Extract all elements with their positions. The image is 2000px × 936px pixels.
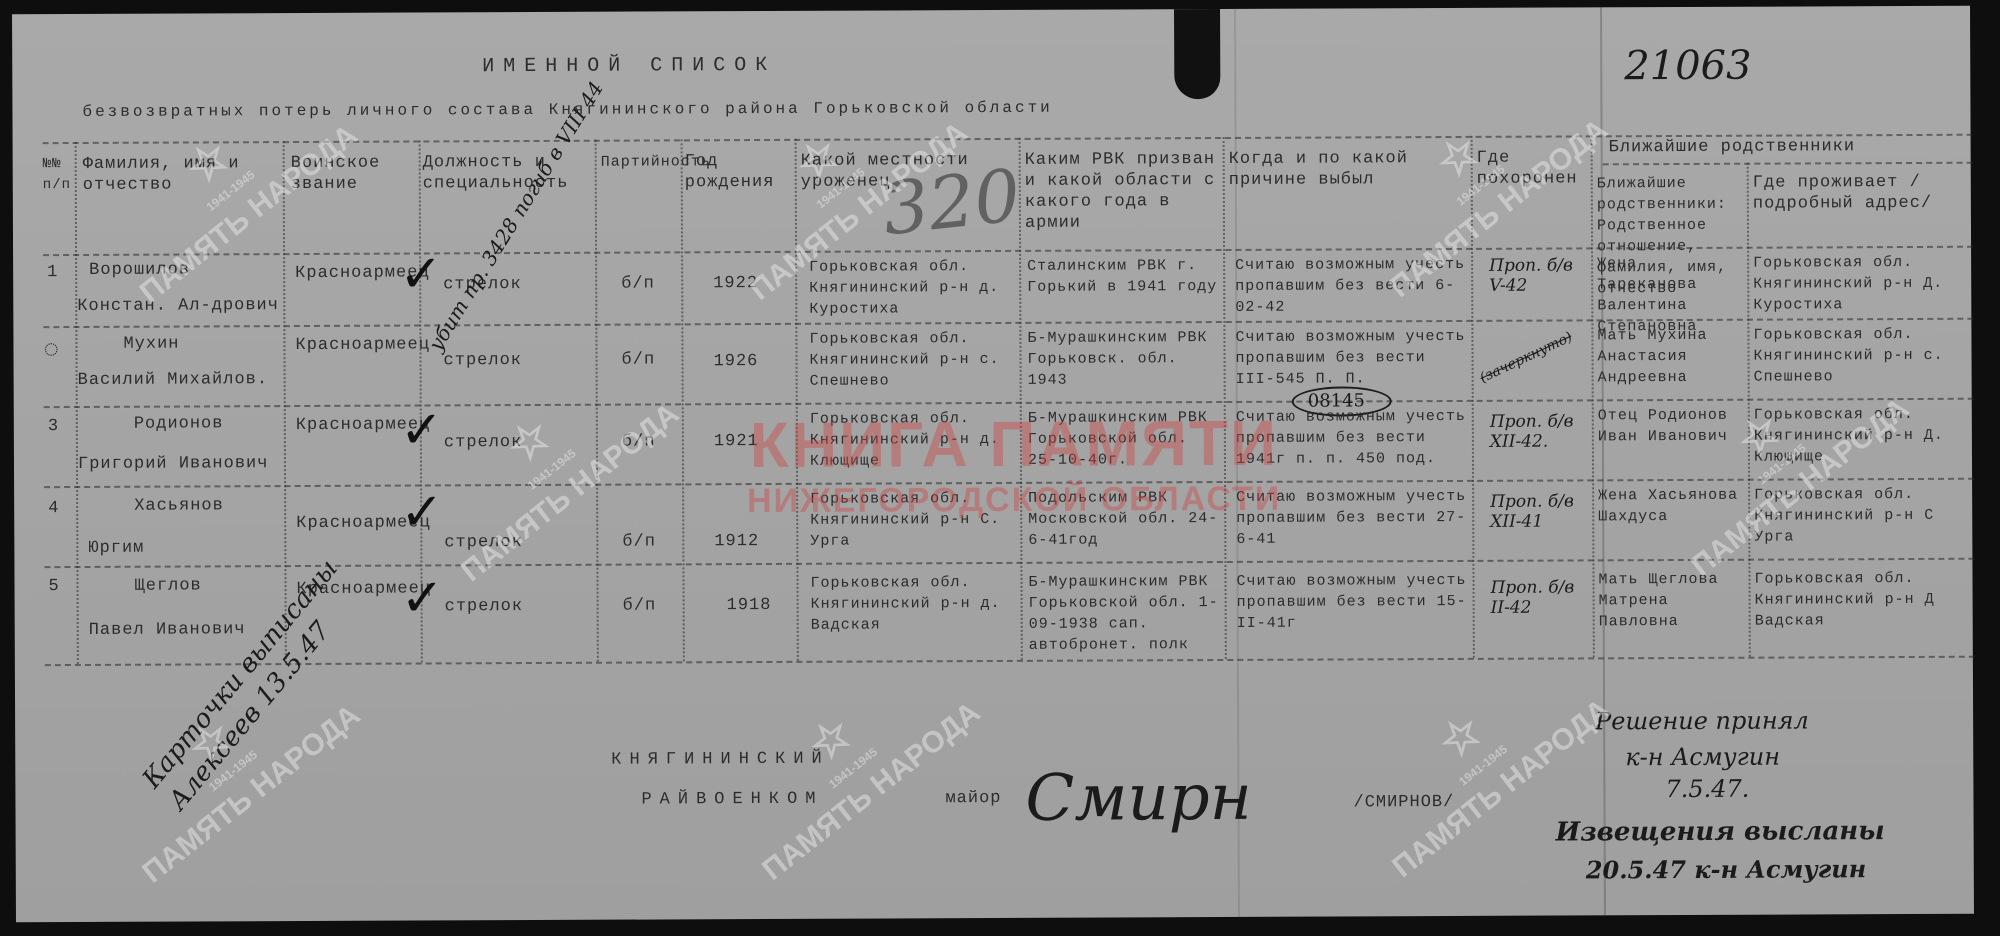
row-given-name: Павел Иванович [89, 619, 246, 641]
row-birthplace: Горьковская обл. Княгининский р-н с. Спе… [809, 328, 1017, 392]
row-num: 3 [48, 416, 59, 437]
row-buried-note: Проп. б/в XII-41 [1490, 491, 1580, 531]
row-rank: Красноармеец [296, 415, 416, 437]
row-buried-note: Проп. б/в XII-42. [1490, 411, 1580, 451]
circle-mark-icon: ◌ [43, 340, 60, 361]
row-surname: Мухин [123, 334, 179, 355]
row-surname: Хасьянов [134, 495, 224, 516]
torn-edge [1174, 9, 1220, 99]
row-party: б/п [621, 273, 655, 294]
watermark-nizhegorodskoy-oblasti: НИЖЕГОРОДСКОЙ ОБЛАСТИ [714, 479, 1314, 522]
row-given-name: Григорий Иванович [78, 453, 269, 475]
row-surname: Родионов [134, 413, 224, 434]
checkmark-icon: ✓ [400, 568, 444, 628]
resolution-date: 7.5.47. [1665, 775, 1749, 803]
row-buried-note: Проп. б/в V-42 [1489, 255, 1579, 295]
row-party: б/п [622, 531, 656, 552]
row-num: 4 [48, 498, 59, 519]
row-relative: Мать Щеглова Матрена Павловна [1598, 569, 1748, 633]
row-birth-year: 1912 [714, 531, 759, 552]
col-header-party: Партийность [601, 151, 679, 172]
row-position: стрелок [443, 350, 522, 371]
archive-number: 21063 [1624, 43, 1751, 90]
row-address: Горьковская обл. Княгининский р-н Д Вадс… [1754, 568, 1970, 632]
document-title: ИМЕННОЙ СПИСОК [482, 55, 776, 77]
row-birth-year: 1918 [727, 595, 772, 616]
commissar-signature: Смирн [1025, 761, 1252, 836]
row-birthplace: Горьковская обл. Княгининский р-н д. Кур… [809, 256, 1017, 320]
row-drafted: Б-Мурашкинским РВК Горьковской обл. 1-09… [1028, 571, 1222, 656]
watermark-kniga-pamyati: КНИГА ПАМЯТИ [714, 411, 1314, 478]
row-given-name: Констан. Ал-дрович [77, 295, 279, 317]
signatory-rank: майор [945, 788, 1001, 809]
row-given-name: Василий Михайлов. [78, 369, 269, 391]
row-rank: Красноармеец [295, 335, 415, 357]
row-given-name: Юргим [88, 538, 144, 559]
row-num: 5 [48, 576, 59, 597]
row-status: Считаю возможным учесть пропавшим без ве… [1235, 326, 1469, 390]
row-birth-year: 1926 [714, 351, 759, 372]
row-party: б/п [623, 595, 657, 616]
table-row: ◌ Мухин Василий Михайлов. Красноармеец с… [12, 6, 1970, 15]
document-sheet: 21063 ИМЕННОЙ СПИСОК безвозвратных потер… [12, 6, 1974, 923]
row-drafted: Сталинским РВК г. Горький в 1941 году [1027, 255, 1221, 298]
row-relative: Мать Мухина Анастасия Андреевна [1597, 325, 1747, 389]
col-header-position: Должность и специальность [423, 152, 593, 195]
table-row: 3 Родионов Григорий Иванович Красноармее… [12, 6, 1970, 15]
table-row: 1 Ворошилов Констан. Ал-дрович Красноарм… [12, 6, 1970, 15]
row-buried-note: Проп. б/в II-42 [1491, 577, 1581, 617]
table-row: 5 Щеглов Павел Иванович Красноармеец стр… [12, 6, 1970, 15]
row-address: Горьковская обл. Княгининский р-н Д. Кур… [1753, 252, 1969, 316]
notice-line-2: 20.5.47 к-н Асмугин [1586, 854, 1867, 884]
checkmark-icon: ✓ [399, 244, 443, 304]
row-rank: Красноармеец [295, 263, 415, 285]
checkmark-icon: ✓ [400, 400, 444, 460]
notice-line-1: Извещения высланы [1556, 816, 1885, 847]
col-header-num: №№ п/п [43, 154, 73, 196]
row-status: Считаю возможным учесть пропавшим без ве… [1236, 570, 1470, 634]
row-position: стрелок [445, 596, 524, 617]
col-header-address: Где проживает /подробный адрес/ [1753, 172, 1969, 215]
row-drafted: Б-Мурашкинским РВК Горьковск. обл. 1943 [1027, 327, 1221, 391]
col-header-relatives-group: Ближайшие родственники [1609, 136, 1856, 158]
col-header-drafted: Каким РВК призван и какой области с како… [1025, 149, 1221, 234]
row-num: 1 [47, 262, 58, 283]
resolution-line-2: к-н Асмугин [1625, 743, 1780, 772]
row-surname: Щеглов [134, 575, 201, 596]
row-buried-note-struck: (зачеркнуто) [1477, 325, 1583, 386]
row-birthplace: Горьковская обл. Княгининский р-н д. Вад… [810, 572, 1018, 636]
resolution-line-1: Решение принял [1595, 706, 1809, 735]
table-row: 4 Хасьянов Юргим Красноармеец стрелок б/… [12, 6, 1970, 15]
